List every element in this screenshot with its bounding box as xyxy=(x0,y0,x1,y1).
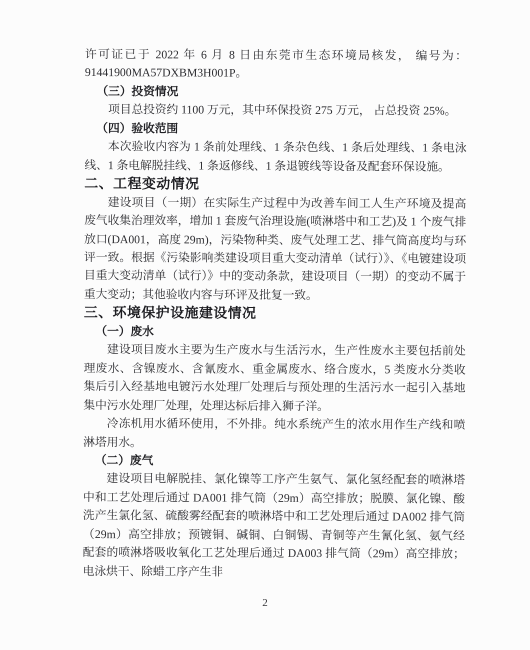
paragraph-investment: 项目总投资约 1100 万元，其中环保投资 275 万元， 占总投资 25%。 xyxy=(85,101,467,121)
subheading-waste-gas: （二）废气 xyxy=(83,452,465,472)
subheading-investment: （三）投资情况 xyxy=(85,83,467,103)
section-heading-env-protection-facilities: 三、环境保护设施建设情况 xyxy=(84,304,466,324)
paragraph-waste-gas: 建设项目电解脱挂、氯化镍等工序产生氨气、氯化氢经配套的喷淋塔中和工艺处理后通过 … xyxy=(83,470,465,582)
document-body: 许可证已于 2022 年 6 月 8 日由东莞市生态环境局核发， 编号为：914… xyxy=(83,46,467,583)
subheading-acceptance-scope: （四）验收范围 xyxy=(85,120,467,140)
paragraph-wastewater-main: 建设项目废水主要为生产废水与生活污水，生产性废水主要包括前处理废水、含镍废水、含… xyxy=(83,341,465,416)
paragraph-license-continuation: 许可证已于 2022 年 6 月 8 日由东莞市生态环境局核发， 编号为：914… xyxy=(85,46,467,85)
page-number: 2 xyxy=(0,597,530,609)
paragraph-acceptance-scope: 本次验收内容为 1 条前处理线、1 条杂色线、1 条后处理线、1 条电泳线、1 … xyxy=(84,138,466,177)
section-heading-project-changes: 二、工程变动情况 xyxy=(84,175,466,195)
paragraph-wastewater-cooling: 冷冻机用水循环使用，不外排。纯水系统产生的浓水用作生产线和喷淋塔用水。 xyxy=(83,415,465,454)
scanned-document-page: 许可证已于 2022 年 6 月 8 日由东莞市生态环境局核发， 编号为：914… xyxy=(0,0,530,650)
subheading-wastewater: （一）废水 xyxy=(84,323,466,343)
paragraph-project-changes: 建设项目（一期）在实际生产过程中为改善车间工人生产环境及提高废气收集治理效率，增… xyxy=(84,194,466,306)
